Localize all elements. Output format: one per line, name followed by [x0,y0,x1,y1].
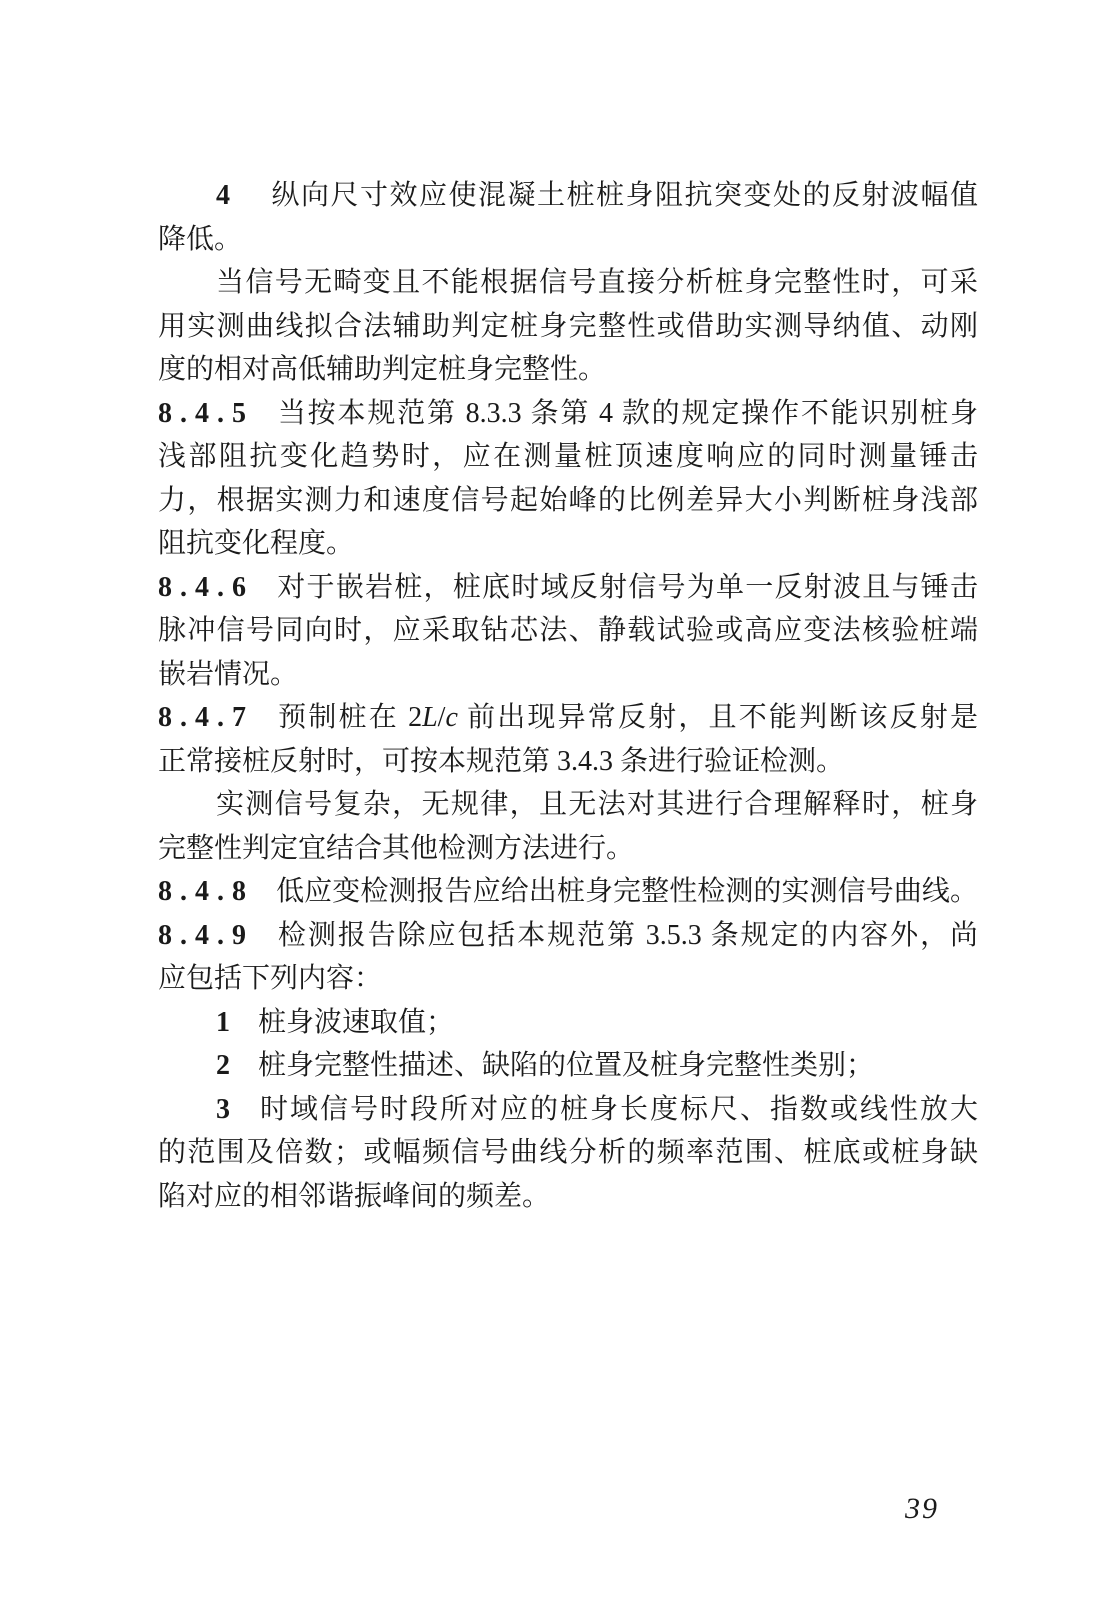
text-line: 降低。 [158,218,978,262]
clause-8-4-8: 8.4.8低应变检测报告应给出桩身完整性检测的实测信号曲线。 [158,870,978,914]
line-text: 当按本规范第 8.3.3 条第 4 款的规定操作不能识别桩身 [276,398,978,429]
paragraph-item-2: 2桩身完整性描述、缺陷的位置及桩身完整性类别； [158,1044,978,1088]
text-line: 2桩身完整性描述、缺陷的位置及桩身完整性类别； [158,1044,978,1088]
text-line: 度的相对高低辅助判定桩身完整性。 [158,348,978,392]
paragraph-item-3: 3时域信号时段所对应的桩身长度标尺、指数或线性放大 的范围及倍数；或幅频信号曲线… [158,1088,978,1219]
text-line: 8.4.7预制桩在 2L/c 前出现异常反射，且不能判断该反射是 [158,696,978,740]
page-number: 39 [905,1492,939,1526]
paragraph-body: 实测信号复杂，无规律，且无法对其进行合理解释时，桩身 完整性判定宜结合其他检测方… [158,783,978,870]
text-line: 应包括下列内容： [158,957,978,1001]
text-line: 8.4.5当按本规范第 8.3.3 条第 4 款的规定操作不能识别桩身 [158,392,978,436]
line-text: 纵向尺寸效应使混凝土桩桩身阻抗突变处的反射波幅值 [270,180,978,211]
clause-number: 8.4.9 [158,920,254,951]
text-line: 4纵向尺寸效应使混凝土桩桩身阻抗突变处的反射波幅值 [158,174,978,218]
clause-8-4-9: 8.4.9检测报告除应包括本规范第 3.5.3 条规定的内容外，尚 应包括下列内… [158,914,978,1001]
text-line: 完整性判定宜结合其他检测方法进行。 [158,827,978,871]
paragraph-item-1: 1桩身波速取值； [158,1001,978,1045]
text-line: 3时域信号时段所对应的桩身长度标尺、指数或线性放大 [158,1088,978,1132]
item-number: 1 [216,1007,230,1038]
item-number: 4 [216,180,230,211]
line-text: 低应变检测报告应给出桩身完整性检测的实测信号曲线。 [276,876,978,907]
clause-number: 8.4.6 [158,572,254,603]
text-line: 阻抗变化程度。 [158,522,978,566]
clause-number: 8.4.7 [158,702,254,733]
line-text: 时域信号时段所对应的桩身长度标尺、指数或线性放大 [258,1094,978,1125]
text-line: 8.4.8低应变检测报告应给出桩身完整性检测的实测信号曲线。 [158,870,978,914]
text-line: 1桩身波速取值； [158,1001,978,1045]
line-text: 桩身波速取值； [258,1007,454,1038]
text-line: 当信号无畸变且不能根据信号直接分析桩身完整性时，可采 [158,261,978,305]
line-text: 检测报告除应包括本规范第 3.5.3 条规定的内容外，尚 [276,920,978,951]
text-line: 浅部阻抗变化趋势时，应在测量桩顶速度响应的同时测量锤击 [158,435,978,479]
document-page: 4纵向尺寸效应使混凝土桩桩身阻抗突变处的反射波幅值 降低。 当信号无畸变且不能根… [0,0,1103,1598]
formula-variable-L: L [422,702,438,733]
text-line: 用实测曲线拟合法辅助判定桩身完整性或借助实测导纳值、动刚 [158,305,978,349]
text-line: 陷对应的相邻谐振峰间的频差。 [158,1175,978,1219]
item-number: 2 [216,1050,230,1081]
clause-8-4-7: 8.4.7预制桩在 2L/c 前出现异常反射，且不能判断该反射是 正常接桩反射时… [158,696,978,783]
text-line: 8.4.6对于嵌岩桩，桩底时域反射信号为单一反射波且与锤击 [158,566,978,610]
clause-8-4-5: 8.4.5当按本规范第 8.3.3 条第 4 款的规定操作不能识别桩身 浅部阻抗… [158,392,978,566]
body-text: 4纵向尺寸效应使混凝土桩桩身阻抗突变处的反射波幅值 降低。 当信号无畸变且不能根… [158,174,978,1218]
formula-variable-c: c [445,702,457,733]
item-number: 3 [216,1094,230,1125]
clause-number: 8.4.5 [158,398,254,429]
text-line: 力，根据实测力和速度信号起始峰的比例差异大小判断桩身浅部 [158,479,978,523]
clause-8-4-6: 8.4.6对于嵌岩桩，桩底时域反射信号为单一反射波且与锤击 脉冲信号同向时，应采… [158,566,978,697]
line-text: 预制桩在 2 [276,702,422,733]
line-text: 桩身完整性描述、缺陷的位置及桩身完整性类别； [258,1050,874,1081]
text-line: 嵌岩情况。 [158,653,978,697]
paragraph-item-4: 4纵向尺寸效应使混凝土桩桩身阻抗突变处的反射波幅值 降低。 [158,174,978,261]
clause-number: 8.4.8 [158,876,254,907]
paragraph-body: 当信号无畸变且不能根据信号直接分析桩身完整性时，可采 用实测曲线拟合法辅助判定桩… [158,261,978,392]
text-line: 脉冲信号同向时，应采取钻芯法、静载试验或高应变法核验桩端 [158,609,978,653]
line-text: 前出现异常反射，且不能判断该反射是 [458,702,978,733]
text-line: 8.4.9检测报告除应包括本规范第 3.5.3 条规定的内容外，尚 [158,914,978,958]
text-line: 正常接桩反射时，可按本规范第 3.4.3 条进行验证检测。 [158,740,978,784]
line-text: 对于嵌岩桩，桩底时域反射信号为单一反射波且与锤击 [276,572,978,603]
text-line: 的范围及倍数；或幅频信号曲线分析的频率范围、桩底或桩身缺 [158,1131,978,1175]
text-line: 实测信号复杂，无规律，且无法对其进行合理解释时，桩身 [158,783,978,827]
